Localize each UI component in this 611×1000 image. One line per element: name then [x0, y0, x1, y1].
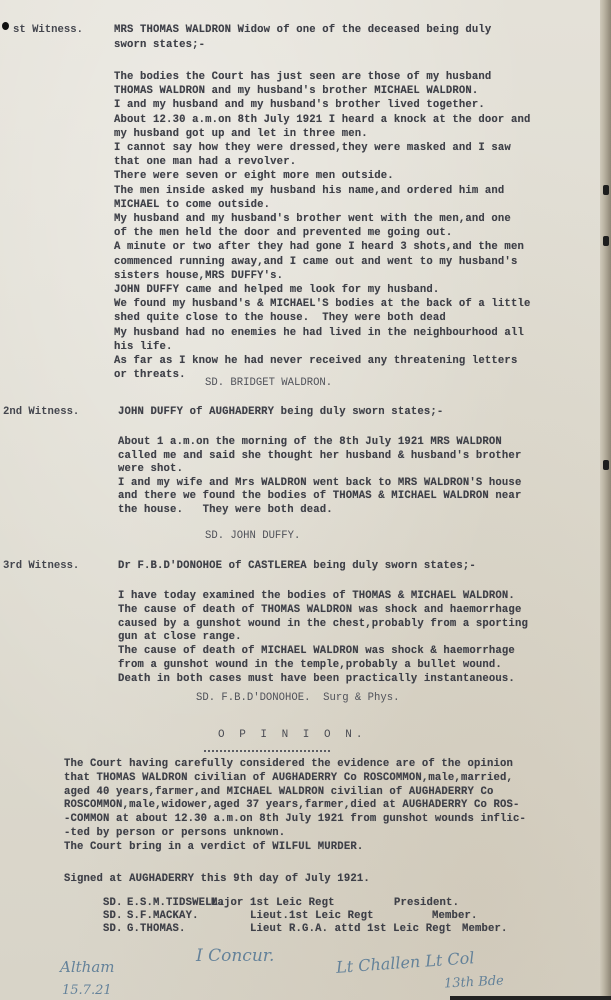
text-line: shed quite close to the house. They were… — [114, 312, 446, 324]
member-sd: SD. — [103, 923, 123, 935]
text-line: MRS THOMAS WALDRON Widow of one of the d… — [114, 24, 491, 36]
text-line: The cause of death of MICHAEL WALDRON wa… — [118, 645, 515, 657]
member-name: S.F.MACKAY. — [127, 910, 199, 922]
text-line: aged 40 years,farmer,and MICHAEL WALDRON… — [64, 786, 493, 798]
text-line: gun at close range. — [118, 631, 242, 643]
text-line: that THOMAS WALDRON civilian of AUGHADER… — [64, 772, 513, 784]
text-line: ROSCOMMON,male,widower,aged 37 years,far… — [64, 799, 520, 811]
member-role: President. — [394, 897, 459, 909]
text-line: About 1 a.m.on the morning of the 8th Ju… — [118, 436, 502, 448]
text-line: As far as I know he had never received a… — [114, 355, 517, 367]
handwritten-unit: 13th Bde — [444, 973, 505, 991]
text-line: About 12.30 a.m.on 8th July 1921 I heard… — [114, 114, 530, 126]
text-line: There were seven or eight more men outsi… — [114, 170, 394, 182]
text-line: caused by a gunshot wound in the chest,p… — [118, 618, 528, 630]
witness-2-signature: SD. JOHN DUFFY. — [205, 530, 300, 542]
opinion-heading: O P I N I O N. — [218, 729, 366, 741]
witness-1-label: st Witness. — [13, 24, 83, 36]
member-sd: SD. — [103, 910, 123, 922]
text-line: Death in both cases must have been pract… — [118, 673, 515, 685]
witness-1-signature: SD. BRIDGET WALDRON. — [205, 377, 332, 389]
witness-3-signature: SD. F.B.D'DONOHOE. Surg & Phys. — [196, 692, 399, 704]
witness-3-label: 3rd Witness. — [3, 560, 79, 572]
text-line: of the men held the door and prevented m… — [114, 227, 452, 239]
edge-mark — [603, 185, 609, 195]
handwritten-concur: I Concur. — [196, 946, 274, 966]
witness-3-intro: Dr F.B.D'DONOHOE of CASTLEREA being duly… — [118, 560, 476, 572]
text-line: I and my wife and Mrs WALDRON went back … — [118, 477, 521, 489]
text-line: my husband got up and let in three men. — [114, 128, 368, 140]
text-line: sworn states;- — [114, 39, 205, 51]
text-line: commenced running away,and I came out an… — [114, 256, 517, 268]
member-sd: SD. — [103, 897, 123, 909]
witness-2-intro: JOHN DUFFY of AUGHADERRY being duly swor… — [118, 406, 443, 418]
text-line: -ted by person or persons unknown. — [64, 827, 285, 839]
text-line: I have today examined the bodies of THOM… — [118, 590, 515, 602]
scan-border — [450, 996, 611, 1000]
text-line: I and my husband and my husband's brothe… — [114, 99, 485, 111]
text-line: his life. — [114, 341, 173, 353]
text-line: We found my husband's & MICHAEL'S bodies… — [114, 298, 530, 310]
text-line: that one man had a revolver. — [114, 156, 296, 168]
text-line: A minute or two after they had gone I he… — [114, 241, 524, 253]
text-line: The Court bring in a verdict of WILFUL M… — [64, 841, 363, 853]
handwritten-date: 15.7.21 — [62, 983, 112, 998]
text-line: and there we found the bodies of THOMAS … — [118, 490, 521, 502]
text-line: My husband and my husband's brother went… — [114, 213, 511, 225]
page-edge — [600, 0, 611, 1000]
member-role: Member. — [432, 910, 478, 922]
text-line: The cause of death of THOMAS WALDRON was… — [118, 604, 521, 616]
member-rank: Lieut R.G.A. attd 1st Leic Regt — [250, 923, 452, 935]
handwritten-initials: Altham — [60, 958, 115, 976]
member-role: Member. — [462, 923, 508, 935]
text-line: The Court having carefully considered th… — [64, 758, 513, 770]
text-line: The men inside asked my husband his name… — [114, 185, 504, 197]
edge-mark — [603, 236, 609, 246]
text-line: MICHAEL to come outside. — [114, 199, 270, 211]
member-rank: Lieut.1st Leic Regt — [250, 910, 374, 922]
punch-hole-mark — [2, 22, 9, 30]
opinion-underline — [204, 750, 330, 752]
text-line: The bodies the Court has just seen are t… — [114, 71, 491, 83]
text-line: sisters house,MRS DUFFY's. — [114, 270, 283, 282]
signed-line: Signed at AUGHADERRY this 9th day of Jul… — [64, 873, 370, 885]
text-line: -COMMON at about 12.30 a.m.on 8th July 1… — [64, 813, 526, 825]
member-name: G.THOMAS. — [127, 923, 186, 935]
text-line: I cannot say how they were dressed,they … — [114, 142, 511, 154]
text-line: were shot. — [118, 463, 183, 475]
text-line: My husband had no enemies he had lived i… — [114, 327, 524, 339]
member-rank: Major 1st Leic Regt — [211, 897, 335, 909]
text-line: JOHN DUFFY came and helped me look for m… — [114, 284, 439, 296]
text-line: or threats. — [114, 369, 186, 381]
witness-2-label: 2nd Witness. — [3, 406, 79, 418]
text-line: called me and said she thought her husba… — [118, 450, 521, 462]
member-name: E.S.M.TIDSWELL. — [127, 897, 225, 909]
edge-mark — [603, 460, 609, 470]
text-line: THOMAS WALDRON and my husband's brother … — [114, 85, 478, 97]
text-line: the house. They were both dead. — [118, 504, 333, 516]
text-line: from a gunshot wound in the temple,proba… — [118, 659, 502, 671]
